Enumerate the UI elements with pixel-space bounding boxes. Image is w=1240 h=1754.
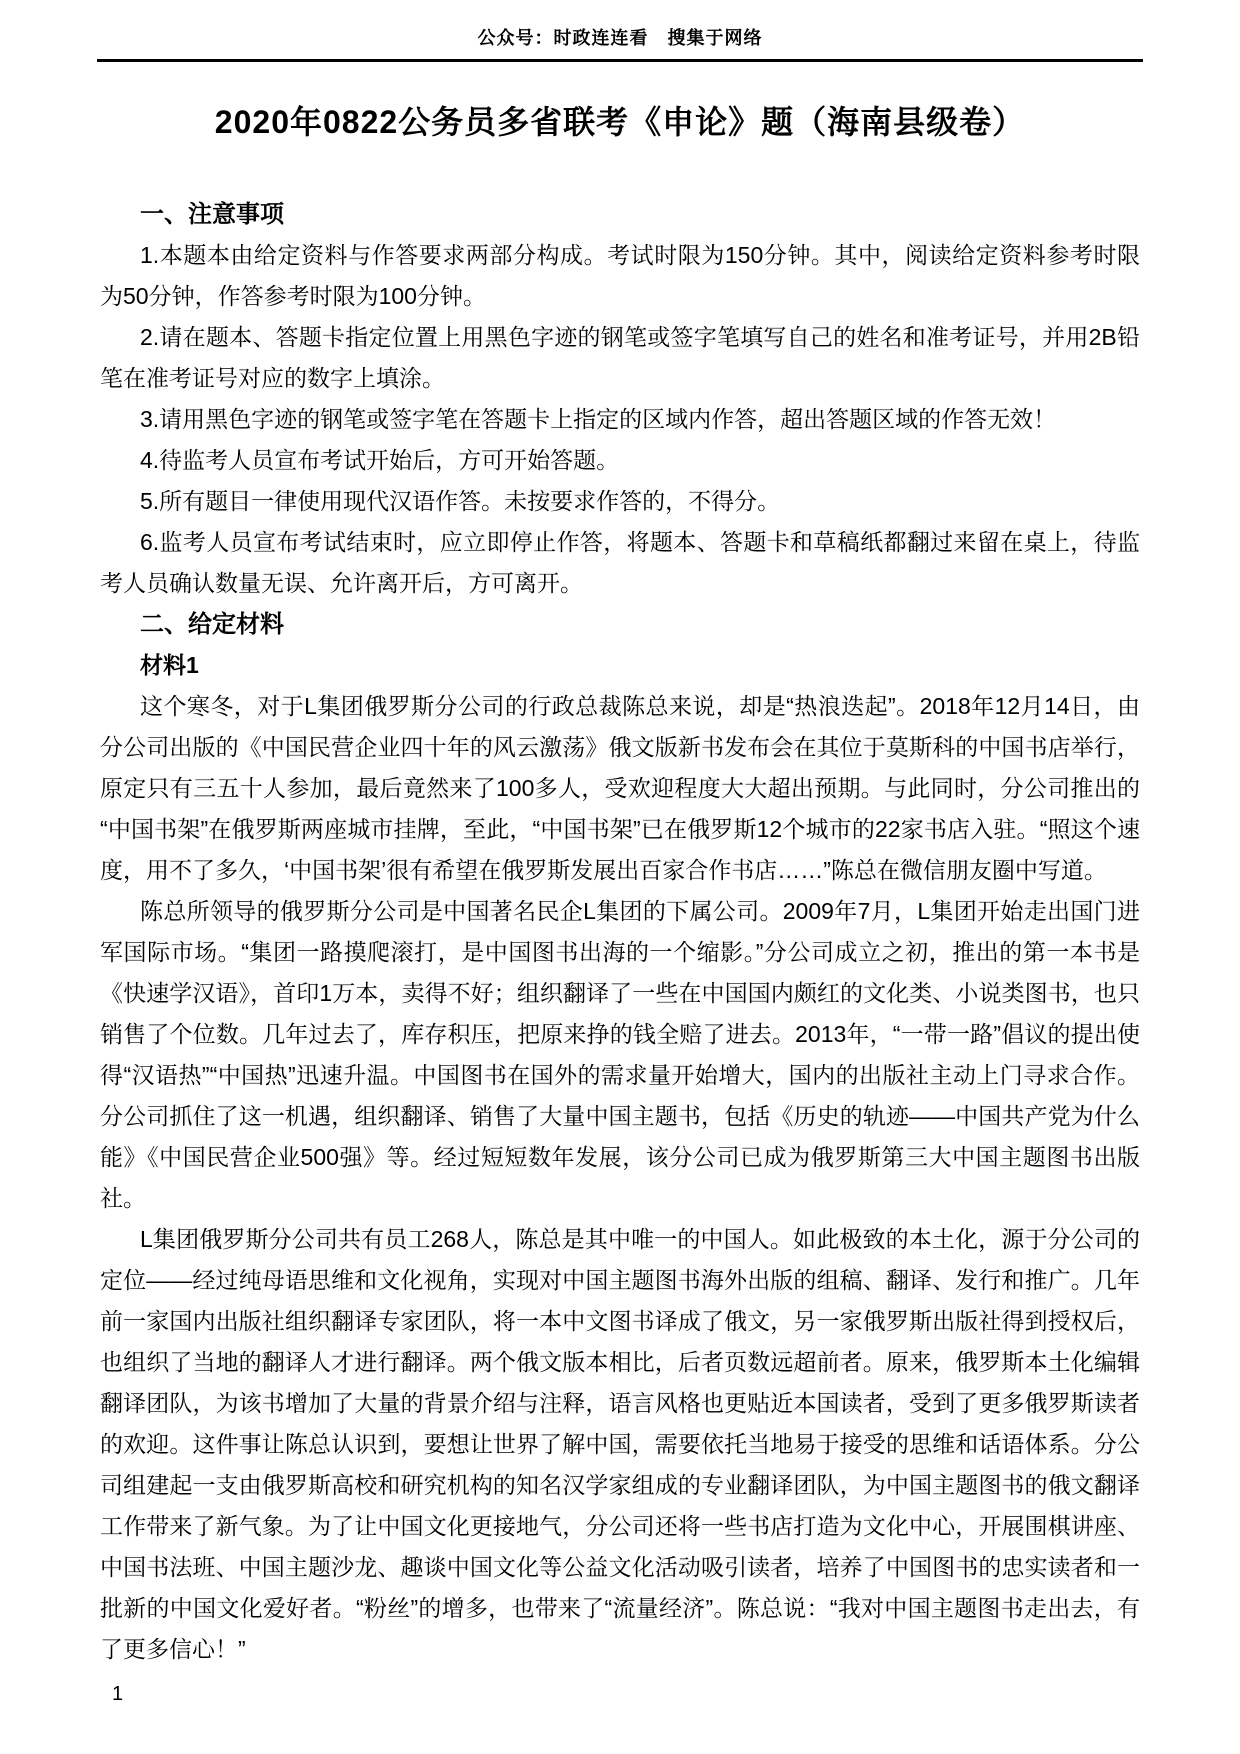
document-body: 一、注意事项 1.本题本由给定资料与作答要求两部分构成。考试时限为150分钟。其…: [100, 194, 1140, 1670]
notice-item-6: 6.监考人员宣布考试结束时，应立即停止作答，将题本、答题卡和草稿纸都翻过来留在桌…: [100, 522, 1140, 604]
material-1-paragraph-3: L集团俄罗斯分公司共有员工268人，陈总是其中唯一的中国人。如此极致的本土化，源…: [100, 1219, 1140, 1670]
notice-item-3: 3.请用黑色字迹的钢笔或签字笔在答题卡上指定的区域内作答，超出答题区域的作答无效…: [100, 399, 1140, 440]
notice-item-4: 4.待监考人员宣布考试开始后，方可开始答题。: [100, 440, 1140, 481]
page-title: 2020年0822公务员多省联考《申论》题（海南县级卷）: [100, 100, 1140, 144]
notice-item-1: 1.本题本由给定资料与作答要求两部分构成。考试时限为150分钟。其中，阅读给定资…: [100, 235, 1140, 317]
material-1-paragraph-1: 这个寒冬，对于L集团俄罗斯分公司的行政总裁陈总来说，却是“热浪迭起”。2018年…: [100, 686, 1140, 891]
header-banner: 公众号：时政连连看 搜集于网络: [97, 0, 1143, 62]
notice-item-2: 2.请在题本、答题卡指定位置上用黑色字迹的钢笔或签字笔填写自己的姓名和准考证号，…: [100, 317, 1140, 399]
notice-item-5: 5.所有题目一律使用现代汉语作答。未按要求作答的，不得分。: [100, 481, 1140, 522]
document-page: 公众号：时政连连看 搜集于网络 2020年0822公务员多省联考《申论》题（海南…: [0, 0, 1240, 1754]
header-text: 公众号：时政连连看 搜集于网络: [478, 28, 763, 48]
materials-section-heading: 二、给定材料: [100, 604, 1140, 645]
notice-section-heading: 一、注意事项: [100, 194, 1140, 235]
material-1-paragraph-2: 陈总所领导的俄罗斯分公司是中国著名民企L集团的下属公司。2009年7月，L集团开…: [100, 891, 1140, 1219]
material-1-label: 材料1: [100, 645, 1140, 686]
page-number: 1: [112, 1683, 123, 1706]
